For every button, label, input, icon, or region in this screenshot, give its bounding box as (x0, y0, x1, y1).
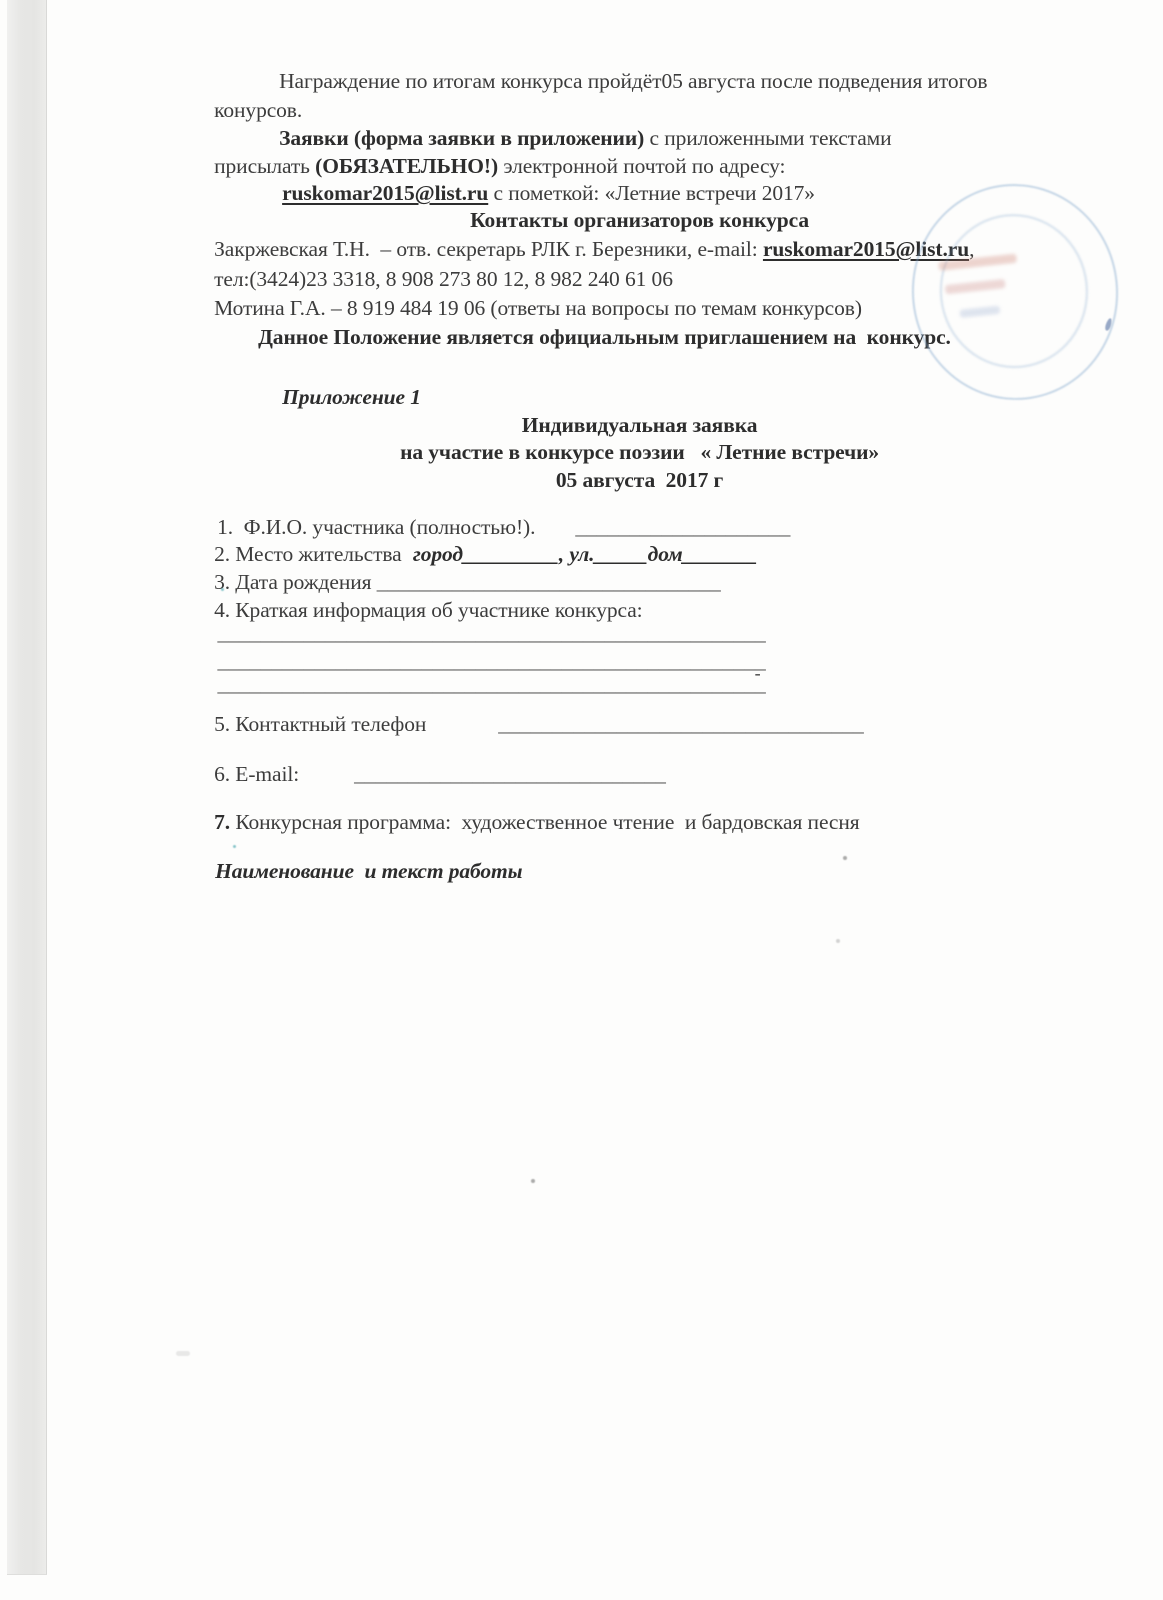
scan-speck (531, 1179, 535, 1183)
scan-speck (836, 939, 840, 943)
scan-speck (843, 856, 847, 860)
text-run: Награждение по итогам конкурса пройдёт05… (279, 69, 987, 93)
scanned-document-page: Награждение по итогам конкурса пройдёт05… (0, 0, 1163, 1600)
work-title-label: Наименование и текст работы (194, 831, 522, 912)
scan-speck-cyan (221, 588, 224, 591)
scan-edge-shadow (7, 0, 47, 1575)
field-label: 5. Контактный телефон (214, 712, 426, 736)
scan-smudge (176, 1351, 190, 1356)
text-run-bold-italic: Наименование и текст работы (215, 859, 522, 883)
scan-speck-cyan (233, 845, 236, 848)
phone-blank-field: __________________________________ (498, 712, 864, 736)
text-run-bold: Данное Положение является официальным пр… (258, 325, 951, 349)
